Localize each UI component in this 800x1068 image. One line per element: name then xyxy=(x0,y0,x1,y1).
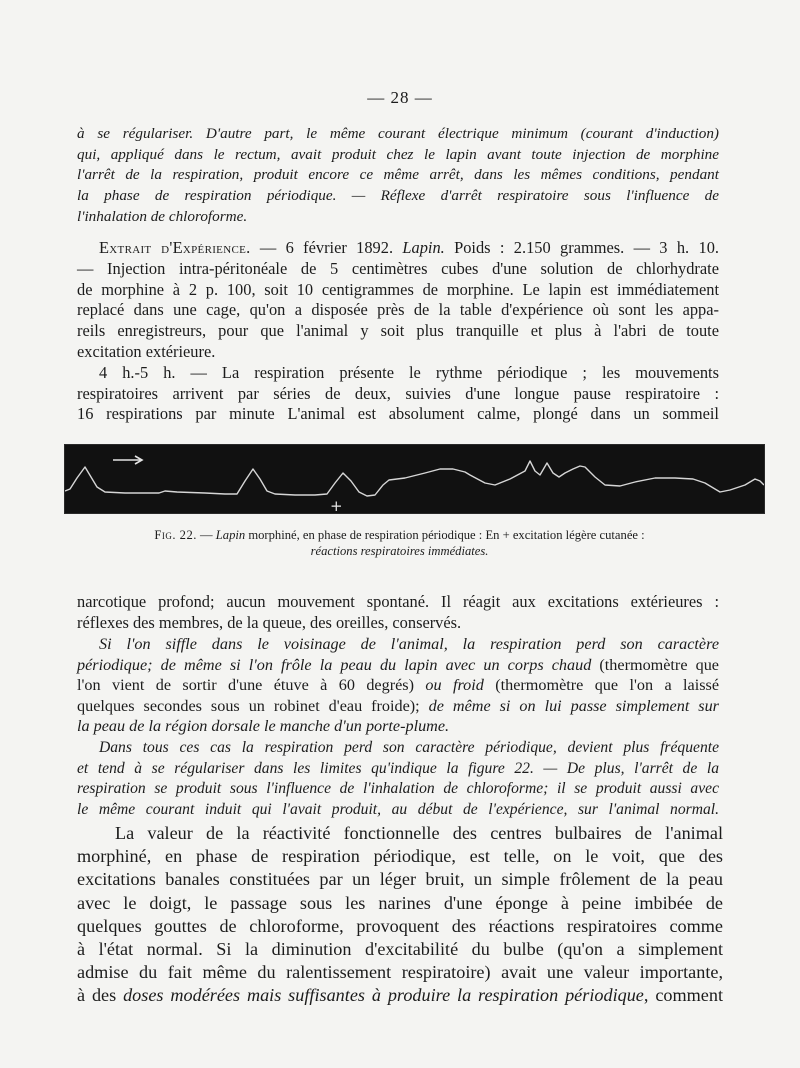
text-line: et tend à se régulariser dans les limite… xyxy=(77,759,719,780)
text-line: La valeur de la réactivité fonctionnelle… xyxy=(77,822,723,845)
caption-dash: — xyxy=(197,528,216,542)
text-line: excitation extérieure. xyxy=(77,342,719,363)
text-line: la phase de respiration périodique. — Ré… xyxy=(77,186,719,207)
text-line: l'inhalation de chloroforme. xyxy=(77,207,719,228)
experiment-extract: Extrait d'Expérience. — 6 février 1892. … xyxy=(77,238,719,425)
text-line: à se régulariser. D'autre part, le même … xyxy=(77,124,719,145)
trace-line xyxy=(65,461,764,496)
text-line: avec le doigt, le passage sous les narin… xyxy=(77,892,723,915)
text-roman: , comment xyxy=(644,985,723,1005)
paragraph-discussion: La valeur de la réactivité fonctionnelle… xyxy=(77,822,723,1008)
text-line: respiration se produit sous l'influence … xyxy=(77,779,719,800)
paragraph-continuation: à se régulariser. D'autre part, le même … xyxy=(77,124,719,228)
excitation-marker: + xyxy=(330,497,343,513)
respiration-trace-figure: + xyxy=(65,445,764,513)
caption-text: morphiné, en phase de respiration périod… xyxy=(245,528,644,542)
page-number: — 28 — xyxy=(0,88,800,108)
experiment-heading: Extrait d'Expérience. xyxy=(99,238,251,257)
text-line: à des doses modérées mais suffisantes à … xyxy=(77,984,723,1007)
text-line: qui, appliqué dans le rectum, avait prod… xyxy=(77,145,719,166)
text-line: l'on vient de sortir d'une étuve à 60 de… xyxy=(77,675,719,696)
text-roman: (thermomètre que l'on a laissé xyxy=(484,676,719,694)
text-line: l'arrêt de la respiration, produit encor… xyxy=(77,165,719,186)
paragraph-stimuli: Si l'on siffle dans le voisinage de l'an… xyxy=(77,634,719,737)
direction-arrow-icon xyxy=(113,456,142,464)
text-italic: doses modérées mais suffisantes à produi… xyxy=(123,985,644,1005)
text-line: Si l'on siffle dans le voisinage de l'an… xyxy=(77,634,719,655)
text-italic: périodique; de même si l'on frôle la pea… xyxy=(77,656,591,674)
text-roman: quelques secondes sous un robinet d'eau … xyxy=(77,697,429,715)
text-line: morphiné, en phase de respiration périod… xyxy=(77,845,723,868)
text-line: — Injection intra-péritonéale de 5 centi… xyxy=(77,259,719,280)
text-line: réflexes des membres, de la queue, des o… xyxy=(77,613,719,634)
text-line: respiratoires arrivent par séries de deu… xyxy=(77,384,719,405)
text-line: narcotique profond; aucun mouvement spon… xyxy=(77,592,719,613)
experiment-date: — 6 février 1892. xyxy=(251,238,403,257)
experiment-weight: Poids : 2.150 grammes. — 3 h. 10. xyxy=(445,238,719,257)
text-line: replacé dans une cage, qu'on a disposée … xyxy=(77,300,719,321)
text-line: excitations banales constituées par un l… xyxy=(77,868,723,891)
text-line: à l'état normal. Si la diminution d'exci… xyxy=(77,938,723,961)
figure-caption: Fig. 22. — Lapin morphiné, en phase de r… xyxy=(77,527,722,559)
text-line: périodique; de même si l'on frôle la pea… xyxy=(77,655,719,676)
text-roman: à des xyxy=(77,985,123,1005)
text-line: quelques secondes sous un robinet d'eau … xyxy=(77,696,719,717)
caption-subject: Lapin xyxy=(216,528,245,542)
paragraph-conclusion: Dans tous ces cas la respiration perd so… xyxy=(77,738,719,820)
text-roman: (thermomètre que xyxy=(591,656,719,674)
text-roman: l'on vient de sortir d'une étuve à 60 de… xyxy=(77,676,425,694)
respiration-trace: + xyxy=(65,445,764,513)
text-line: la peau de la région dorsale le manche d… xyxy=(77,716,719,737)
text-line: de morphine à 2 p. 100, soit 10 centigra… xyxy=(77,280,719,301)
text-italic: ou froid xyxy=(425,676,483,694)
figure-label: Fig. 22. xyxy=(154,528,197,542)
paragraph-observations: narcotique profond; aucun mouvement spon… xyxy=(77,592,719,634)
text-line: 16 respirations par minute L'animal est … xyxy=(77,404,719,425)
text-line: 4 h.-5 h. — La respiration présente le r… xyxy=(77,363,719,384)
experiment-heading-line: Extrait d'Expérience. — 6 février 1892. … xyxy=(77,238,719,259)
experiment-subject: Lapin. xyxy=(402,238,444,257)
text-line: le même courant induit qui l'avait produ… xyxy=(77,800,719,821)
text-line: Dans tous ces cas la respiration perd so… xyxy=(77,738,719,759)
text-italic: de même si on lui passe simplement sur xyxy=(429,697,719,715)
caption-line-2: réactions respiratoires immédiates. xyxy=(77,543,722,559)
caption-line-1: Fig. 22. — Lapin morphiné, en phase de r… xyxy=(77,527,722,543)
text-line: admise du fait même du ralentissement re… xyxy=(77,961,723,984)
text-line: reils enregistreurs, pour que l'animal y… xyxy=(77,321,719,342)
text-line: quelques gouttes de chloroforme, provoqu… xyxy=(77,915,723,938)
